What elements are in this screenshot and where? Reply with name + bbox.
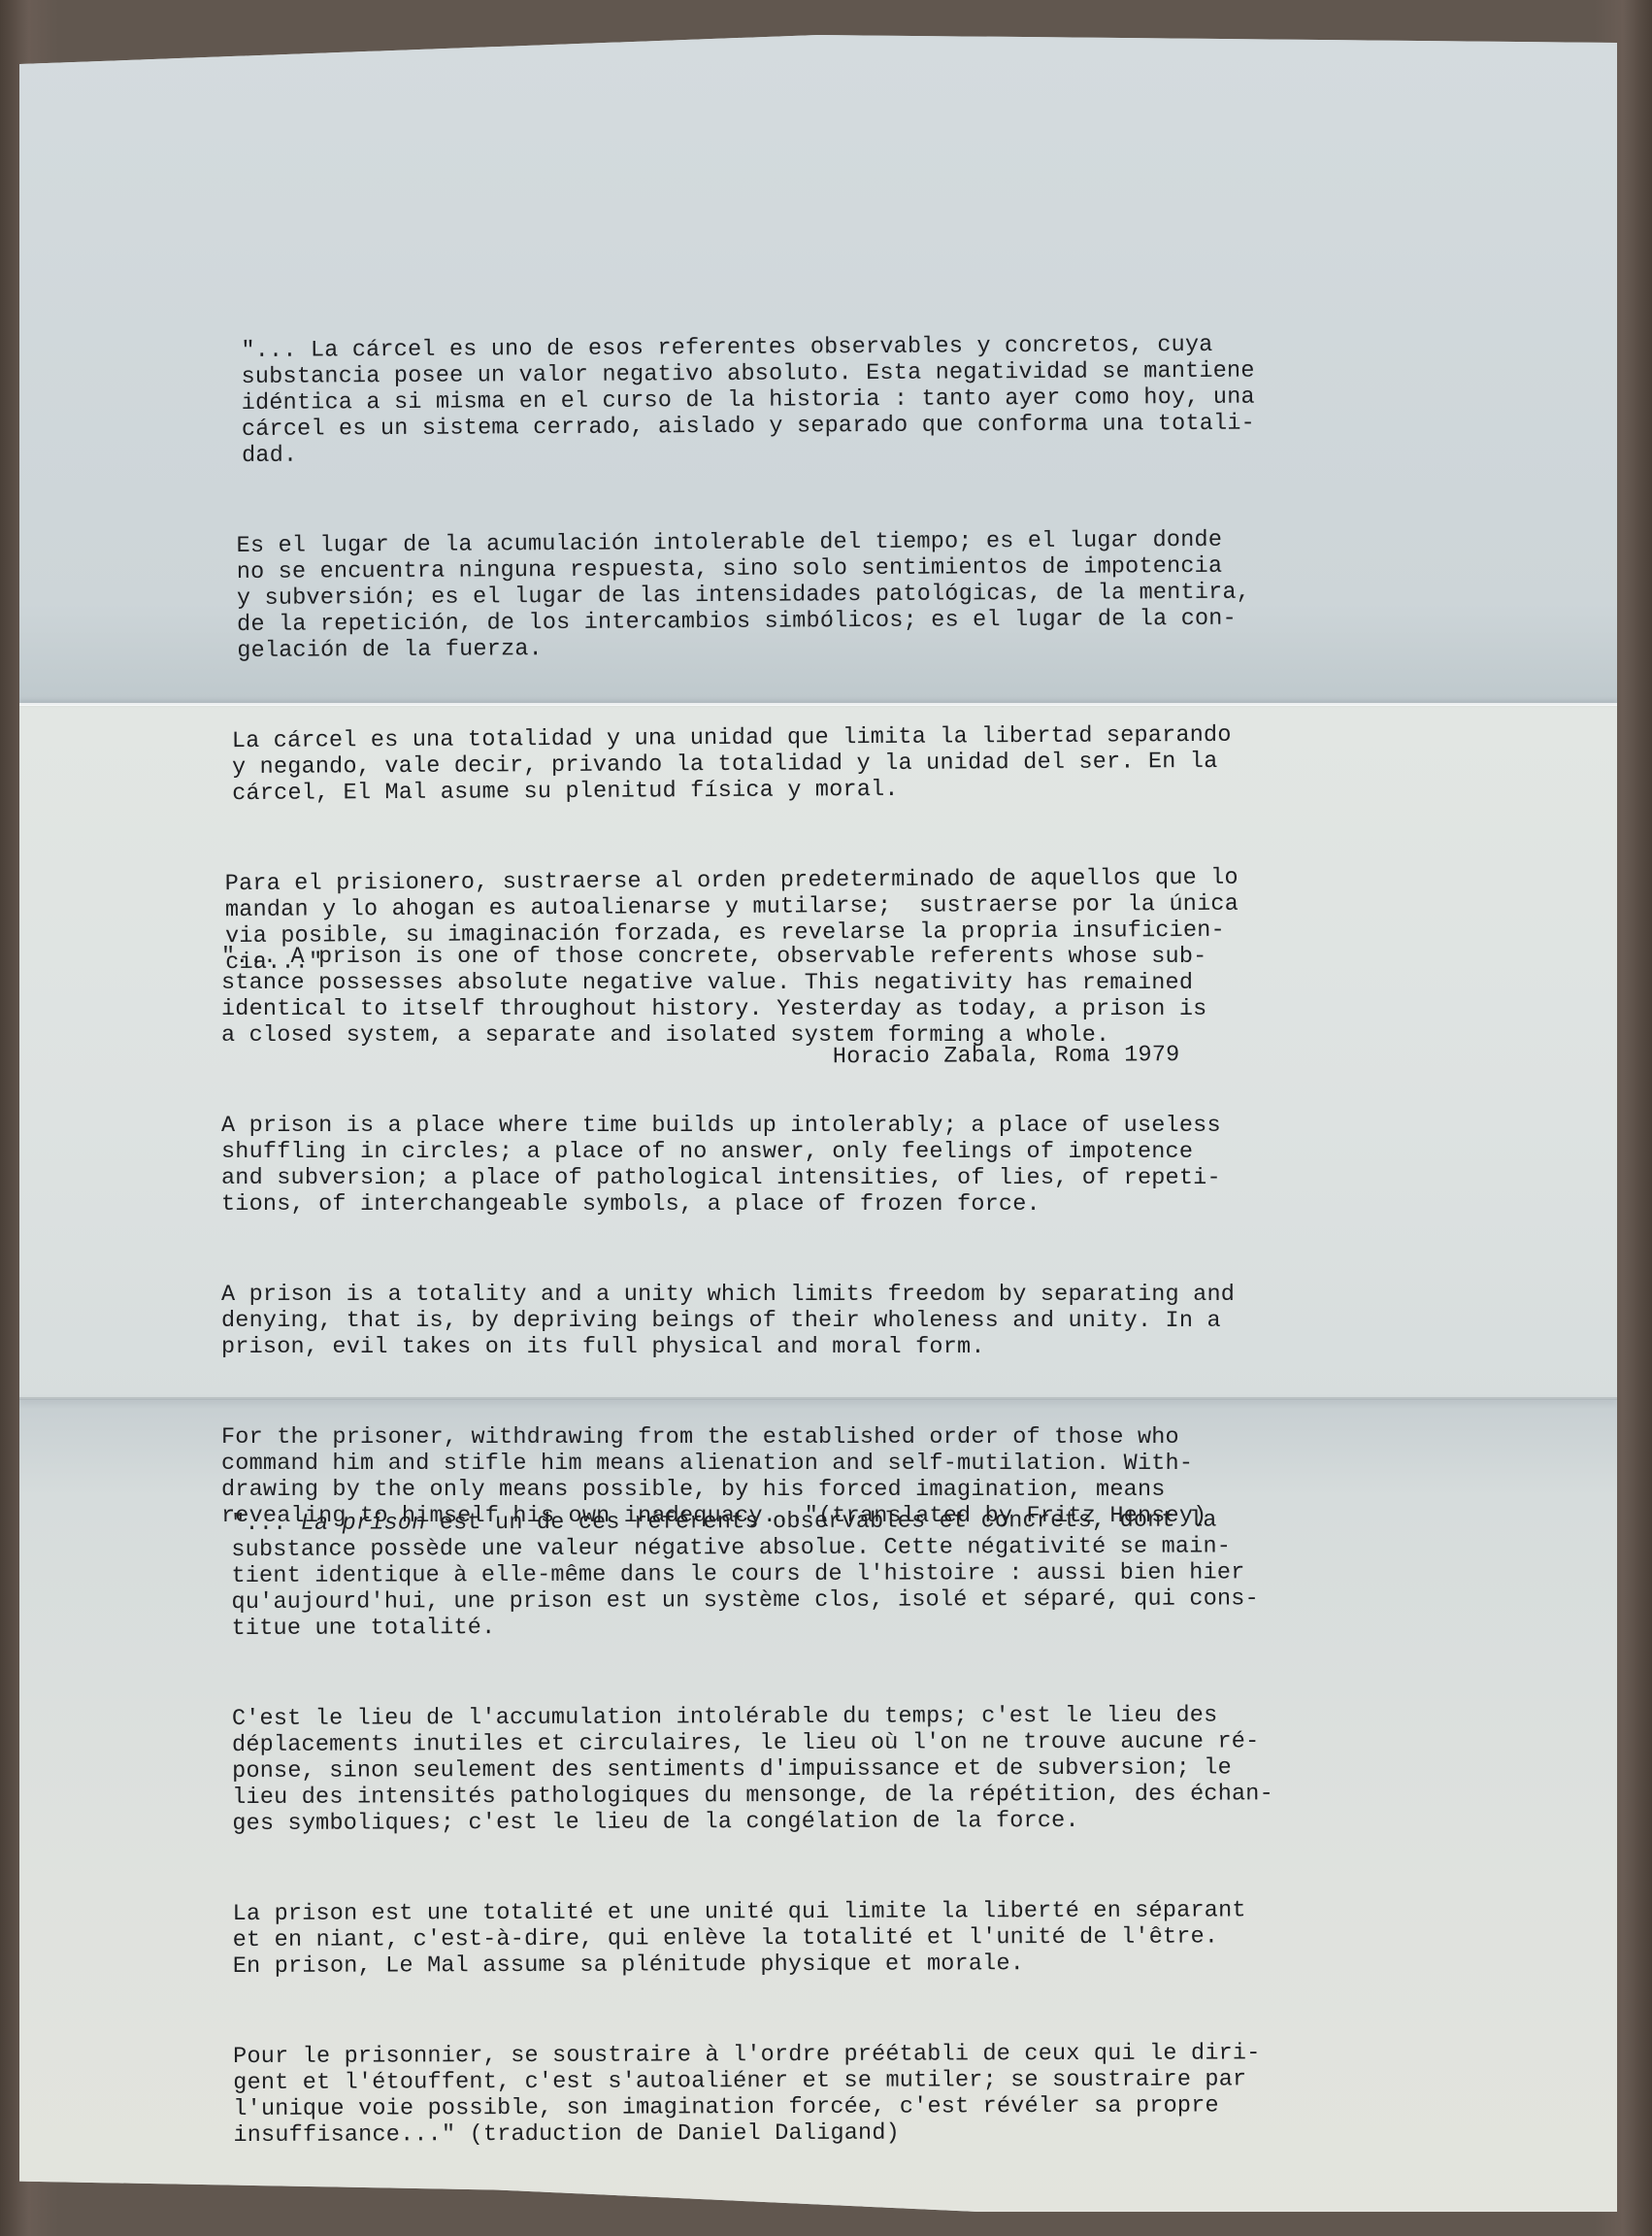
typewritten-sheet: "... La cárcel es uno de esos referentes…	[19, 35, 1617, 2212]
french-paragraph-2: C'est le lieu de l'accumulation intoléra…	[232, 1702, 1273, 1837]
french-quote: "... La prison est un de ces référents o…	[231, 1454, 1274, 2212]
spanish-paragraph-3: La cárcel es una totalidad y una unidad …	[232, 722, 1258, 807]
english-paragraph-2: A prison is a place where time builds up…	[221, 1113, 1235, 1218]
spanish-paragraph-2: Es el lugar de la acumulación intolerabl…	[237, 527, 1257, 664]
english-paragraph-1: "... A prison is one of those concrete, …	[221, 944, 1235, 1049]
french-paragraph-3: La prison est une totalité et une unité …	[233, 1897, 1274, 1980]
french-first-line-rest: est un de ces référents observables et c…	[425, 1507, 1216, 1536]
french-paragraph-1-body: substance possède une valeur négative ab…	[231, 1533, 1259, 1642]
spanish-paragraph-1: "... La cárcel es uno de esos referentes…	[241, 332, 1255, 469]
french-opening-quote: "...	[231, 1511, 301, 1537]
french-paragraph-1: "... La prison est un de ces référents o…	[231, 1507, 1272, 1642]
french-italic-subject: La prison	[301, 1510, 426, 1536]
english-paragraph-3: A prison is a totality and a unity which…	[221, 1282, 1235, 1360]
french-paragraph-4: Pour le prisonnier, se soustraire à l'or…	[233, 2040, 1274, 2149]
